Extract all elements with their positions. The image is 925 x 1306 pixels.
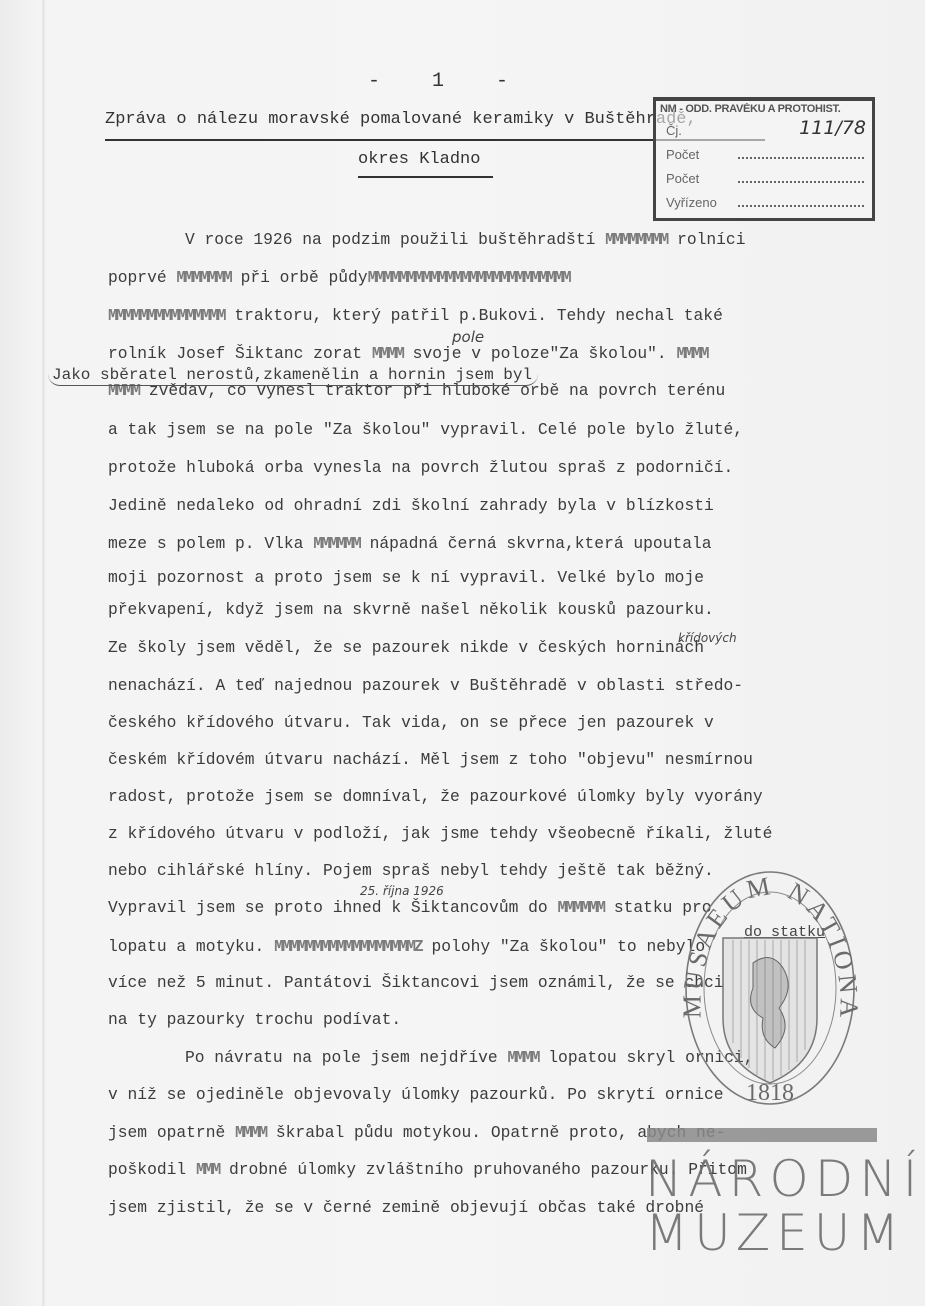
typed-text: překvapení, když jsem na skvrně našel ně… [108, 600, 714, 619]
typed-text: nápadná černá skvrna,která upoutala [360, 534, 712, 553]
handwritten-insert-pole: pole [452, 328, 484, 346]
text-line: na ty pazourky trochu podívat. [108, 1010, 401, 1029]
typed-text: svoje v poloze"Za školou". [403, 344, 677, 363]
text-line: poprvé MMMMMMM při orbě půdyMMMMMMMMMMMM… [108, 268, 570, 287]
typed-text: rolník Josef Šiktanc zorat [108, 344, 372, 363]
typed-text: více než 5 minut. Pantátovi Šiktancovi j… [108, 973, 724, 992]
text-line: moji pozornost a proto jsem se k ní vypr… [108, 568, 704, 587]
typed-text: v níž se ojediněle objevovaly úlomky paz… [108, 1085, 724, 1104]
struck-out-text: MMMM [507, 1048, 538, 1067]
struck-out-text: MMMMMMMMMMMMMMM [108, 306, 225, 325]
text-line: rolník Josef Šiktanc zorat MMMM svoje v … [108, 344, 708, 363]
text-line: Jedině nedaleko od ohradní zdi školní za… [108, 496, 714, 515]
typed-text: poškodil [108, 1160, 196, 1179]
typed-text: Vypravil jsem se proto ihned k Šiktancov… [108, 898, 557, 917]
text-line: nenachází. A teď najednou pazourek v Buš… [108, 676, 743, 695]
typed-text: V roce 1926 na podzim použili buštěhradš… [185, 230, 605, 249]
struck-out-text: MMM [196, 1160, 219, 1179]
paper-fold [42, 0, 45, 1306]
stamp-row: Vyřízeno [666, 195, 864, 210]
text-line: českého křídového útvaru. Tak vida, on s… [108, 713, 714, 732]
text-line: překvapení, když jsem na skvrně našel ně… [108, 600, 714, 619]
text-line: jsem zjistil, že se v černé zemině objev… [108, 1198, 704, 1217]
typed-text: nenachází. A teď najednou pazourek v Buš… [108, 676, 743, 695]
typed-text: protože hluboká orba vynesla na povrch ž… [108, 458, 733, 477]
text-line: radost, protože jsem se domníval, že paz… [108, 787, 763, 806]
stamp-row-label: Vyřízeno [666, 195, 726, 210]
stamp-row: Počet [666, 171, 864, 186]
text-line: meze s polem p. Vlka MMMMMM nápadná čern… [108, 534, 712, 553]
seal-year: 1818 [746, 1080, 794, 1106]
typed-text: traktoru, který patřil p.Bukovi. Tehdy n… [225, 306, 723, 325]
typed-text: jsem opatrně [108, 1123, 235, 1142]
struck-out-text: MMMMMMMMMMMMMMMMMMZ [274, 937, 422, 956]
text-line: jsem opatrně MMMM škrabal půdu motykou. … [108, 1123, 725, 1142]
typed-text: lopatu a motyku. [108, 937, 274, 956]
typed-text: meze s polem p. Vlka [108, 534, 313, 553]
text-line: Vypravil jsem se proto ihned k Šiktancov… [108, 898, 712, 917]
struck-out-text: MMMMMMMMMMMMMMMMMMMMMMMMMM [368, 268, 570, 287]
text-line: Po návratu na pole jsem nejdříve MMMM lo… [185, 1048, 753, 1067]
stamp-row-label: Počet [666, 147, 726, 162]
registry-stamp: NM - ODD. PRAVĚKU A PROTOHIST. 111/78 Čj… [653, 97, 875, 221]
stamp-row: Počet [666, 147, 864, 162]
typed-text: českém křídovém útvaru nachází. Měl jsem… [108, 750, 753, 769]
text-line: více než 5 minut. Pantátovi Šiktancovi j… [108, 973, 724, 992]
text-line: MMMMMMMMMMMMMMM traktoru, který patřil p… [108, 306, 723, 325]
typed-text: rolníci [667, 230, 745, 249]
typed-text: poprvé [108, 268, 176, 287]
typed-text: českého křídového útvaru. Tak vida, on s… [108, 713, 714, 732]
typed-text: statku pro [604, 898, 711, 917]
typed-text: Ze školy jsem věděl, že se pazourek nikd… [108, 638, 704, 657]
page-number: - 1 - [368, 70, 528, 93]
typed-text: nebo cihlářské hlíny. Pojem spraš nebyl … [108, 861, 714, 880]
struck-out-text: MMMMMM [557, 898, 604, 917]
text-line: a tak jsem se na pole "Za školou" vyprav… [108, 420, 743, 439]
typed-text: a tak jsem se na pole "Za školou" vyprav… [108, 420, 743, 439]
highlight-bar [647, 1128, 877, 1142]
typed-text: Jedině nedaleko od ohradní zdi školní za… [108, 496, 714, 515]
text-line: českém křídovém útvaru nachází. Měl jsem… [108, 750, 753, 769]
text-line: z křídového útvaru v podloží, jak jsme t… [108, 824, 772, 843]
text-line: Ze školy jsem věděl, že se pazourek nikd… [108, 638, 704, 657]
typed-text: jsem zjistil, že se v černé zemině objev… [108, 1198, 704, 1217]
struck-out-text: MMMM [235, 1123, 266, 1142]
document-title: Zpráva o nálezu moravské pomalované kera… [105, 110, 697, 129]
stamp-row-label: Čj. [666, 123, 726, 138]
struck-out-text: MMMMMMMM [605, 230, 667, 249]
text-line: lopatu a motyku. MMMMMMMMMMMMMMMMMMZ pol… [108, 937, 705, 956]
text-line: protože hluboká orba vynesla na povrch ž… [108, 458, 733, 477]
document-page: - 1 - Zpráva o nálezu moravské pomalovan… [0, 0, 925, 1306]
struck-out-text: MMMMMMM [176, 268, 230, 287]
struck-out-text: MMMMMM [313, 534, 360, 553]
text-line: V roce 1926 na podzim použili buštěhradš… [185, 230, 745, 249]
stamp-row-label: Počet [666, 171, 726, 186]
text-line: v níž se ojediněle objevovaly úlomky paz… [108, 1085, 724, 1104]
subtitle-underline [358, 176, 493, 178]
typed-text: při orbě půdy [231, 268, 368, 287]
typed-text: na ty pazourky trochu podívat. [108, 1010, 401, 1029]
typed-text: z křídového útvaru v podloží, jak jsme t… [108, 824, 772, 843]
text-line: nebo cihlářské hlíny. Pojem spraš nebyl … [108, 861, 714, 880]
seal-text: MUSAEUM NATIONALE [683, 868, 858, 1022]
typed-text: Po návratu na pole jsem nejdříve [185, 1048, 507, 1067]
struck-out-text: MMMM [676, 344, 707, 363]
svg-text:MUSAEUM NATIONALE: MUSAEUM NATIONALE [683, 868, 858, 1022]
typed-text: polohy "Za školou" to nebylo [422, 937, 705, 956]
handwritten-insert-kridovych: křídových [678, 631, 737, 645]
typed-text: radost, protože jsem se domníval, že paz… [108, 787, 763, 806]
typed-text: moji pozornost a proto jsem se k ní vypr… [108, 568, 704, 587]
document-subtitle: okres Kladno [358, 150, 480, 169]
watermark-line2: MUZEUM [645, 1204, 905, 1262]
struck-out-text: MMMM [372, 344, 403, 363]
stamp-header: NM - ODD. PRAVĚKU A PROTOHIST. [660, 103, 868, 115]
handwritten-margin-insertion: Jako sběratel nerostů,zkamenělin a horni… [48, 366, 538, 386]
watermark-line1: NÁRODNÍ [645, 1150, 923, 1208]
typed-insert-do-statku: do statku [744, 924, 825, 941]
handwritten-insert-date: 25. října 1926 [360, 884, 444, 898]
stamp-row: Čj. [666, 123, 864, 138]
typed-text: lopatou skryl ornici, [539, 1048, 754, 1067]
